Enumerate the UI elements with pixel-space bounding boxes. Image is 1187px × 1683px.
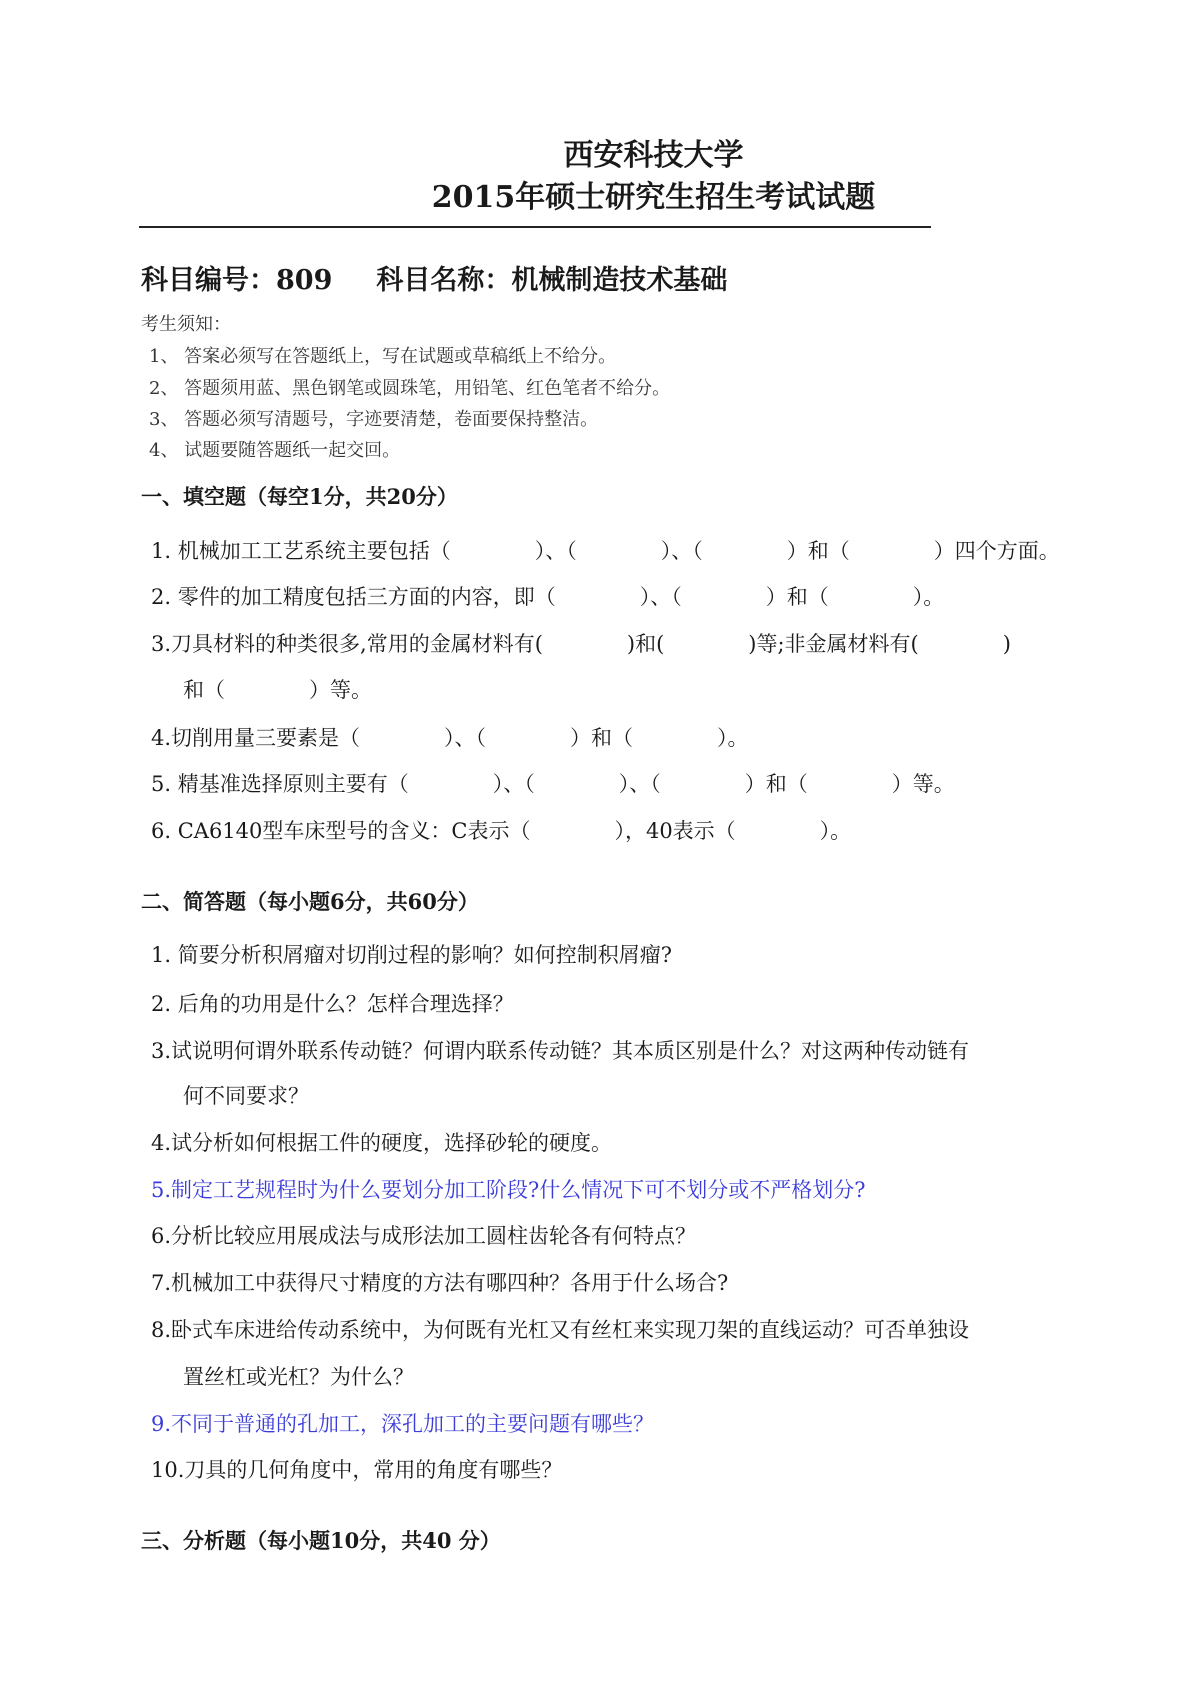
notice-heading: 考生须知：	[141, 310, 231, 336]
fill-question-1: 1. 机械加工工艺系统主要包括（ ）、（ ）、（ ）和（ ）四个方面。	[151, 535, 1060, 565]
fill-question-3: 3.刀具材料的种类很多,常用的金属材料有( )和( )等;非金属材料有( )	[151, 628, 1011, 658]
short-question-10: 10.刀具的几何角度中，常用的角度有哪些？	[151, 1454, 562, 1484]
exam-title: 2015年硕士研究生招生考试试题	[0, 172, 1187, 216]
subject-name-label: 科目名称：	[376, 265, 511, 296]
section-fill-in-title: 一、填空题（每空1分，共20分）	[141, 481, 458, 511]
notice-item: 4、 试题要随答题纸一起交回。	[149, 436, 400, 462]
short-question-1: 1. 简要分析积屑瘤对切削过程的影响？如何控制积屑瘤?	[151, 939, 672, 969]
short-question-9-highlighted: 9.不同于普通的孔加工，深孔加工的主要问题有哪些？	[151, 1408, 654, 1438]
short-question-7: 7.机械加工中获得尺寸精度的方法有哪四种？各用于什么场合?	[151, 1267, 728, 1297]
notice-item: 2、 答题须用蓝、黑色钢笔或圆珠笔，用铅笔、红色笔者不给分。	[149, 374, 670, 400]
university-title: 西安科技大学	[0, 130, 1187, 174]
header-divider	[139, 226, 931, 228]
fill-question-5: 5. 精基准选择原则主要有（ ）、（ ）、（ ）和（ ）等。	[151, 768, 955, 798]
subject-code: 809	[276, 265, 332, 296]
subject-name: 机械制造技术基础	[511, 265, 727, 296]
subject-line: 科目编号：809科目名称：机械制造技术基础	[141, 258, 727, 297]
section-analysis-title: 三、分析题（每小题10分，共40 分）	[141, 1525, 501, 1555]
short-question-5-highlighted: 5.制定工艺规程时为什么要划分加工阶段?什么情况下可不划分或不严格划分?	[151, 1174, 866, 1204]
short-question-3-continued: 何不同要求？	[183, 1080, 309, 1110]
notice-item: 3、 答题必须写清题号，字迹要清楚，卷面要保持整洁。	[149, 405, 598, 431]
notice-item: 1、 答案必须写在答题纸上，写在试题或草稿纸上不给分。	[149, 342, 616, 368]
short-question-8: 8.卧式车床进给传动系统中，为何既有光杠又有丝杠来实现刀架的直线运动？可否单独设	[151, 1314, 969, 1344]
short-question-3: 3.试说明何谓外联系传动链？何谓内联系传动链？其本质区别是什么？对这两种传动链有	[151, 1035, 969, 1065]
fill-question-3-continued: 和（ ）等。	[183, 674, 372, 704]
fill-question-2: 2. 零件的加工精度包括三方面的内容，即（ ）、（ ）和（ ）。	[151, 581, 944, 611]
short-question-2: 2. 后角的功用是什么？怎样合理选择？	[151, 988, 514, 1018]
section-short-answer-title: 二、简答题（每小题6分，共60分）	[141, 886, 479, 916]
subject-code-label: 科目编号：	[141, 265, 276, 296]
fill-question-4: 4.切削用量三要素是（ ）、（ ）和（ ）。	[151, 722, 749, 752]
short-question-8-continued: 置丝杠或光杠？为什么？	[183, 1361, 414, 1391]
short-question-4: 4.试分析如何根据工件的硬度，选择砂轮的硬度。	[151, 1127, 612, 1157]
fill-question-6: 6. CA6140型车床型号的含义：C表示（ ），40表示（ ）。	[151, 815, 851, 845]
short-question-6: 6.分析比较应用展成法与成形法加工圆柱齿轮各有何特点？	[151, 1220, 696, 1250]
